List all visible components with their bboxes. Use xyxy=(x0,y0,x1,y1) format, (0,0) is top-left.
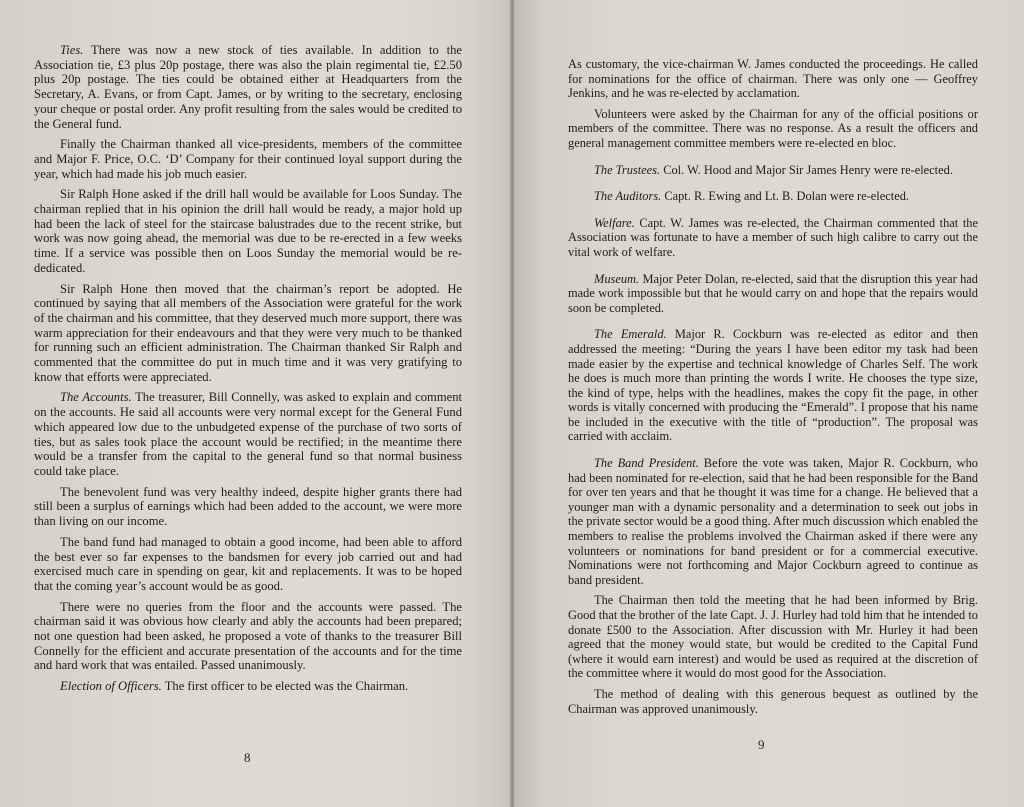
paragraph-text: Col. W. Hood and Major Sir James Henry w… xyxy=(660,163,953,177)
paragraph-volunteers: Volunteers were asked by the Chairman fo… xyxy=(568,107,978,151)
paragraph-text: Capt. R. Ewing and Lt. B. Dolan were re-… xyxy=(661,189,909,203)
paragraph-text: The first officer to be elected was the … xyxy=(162,679,408,693)
right-page-text: As customary, the vice-chairman W. James… xyxy=(568,57,978,722)
section-heading: The Accounts. xyxy=(60,390,132,404)
paragraph-museum: Museum. Major Peter Dolan, re-elected, s… xyxy=(568,272,978,316)
paragraph-ties: Ties. There was now a new stock of ties … xyxy=(34,43,462,131)
section-heading: The Emerald. xyxy=(594,327,667,341)
booklet-spread: Ties. There was now a new stock of ties … xyxy=(0,0,1024,807)
page-number: 8 xyxy=(244,750,251,766)
paragraph-text: As customary, the vice-chairman W. James… xyxy=(568,57,978,100)
section-heading: Ties. xyxy=(60,43,83,57)
section-heading: The Band President. xyxy=(594,456,699,470)
paragraph-text: Finally the Chairman thanked all vice-pr… xyxy=(34,137,462,180)
paragraph-auditors: The Auditors. Capt. R. Ewing and Lt. B. … xyxy=(568,189,978,204)
paragraph-text: There were no queries from the floor and… xyxy=(34,600,462,673)
section-heading: The Trustees. xyxy=(594,163,660,177)
paragraph-election-of-officers: Election of Officers. The first officer … xyxy=(34,679,462,694)
section-heading: Election of Officers. xyxy=(60,679,162,693)
paragraph-accounts: The Accounts. The treasurer, Bill Connel… xyxy=(34,390,462,478)
paragraph-band-fund: The band fund had managed to obtain a go… xyxy=(34,535,462,594)
paragraph-text: The benevolent fund was very healthy ind… xyxy=(34,485,462,528)
section-heading: Museum. xyxy=(594,272,639,286)
section-heading: Welfare. xyxy=(594,216,635,230)
paragraph-text: Before the vote was taken, Major R. Cock… xyxy=(568,456,978,587)
paragraph-report-adopted: Sir Ralph Hone then moved that the chair… xyxy=(34,282,462,385)
paragraph-text: Volunteers were asked by the Chairman fo… xyxy=(568,107,978,150)
book-gutter xyxy=(509,0,515,807)
paragraph-text: Sir Ralph Hone then moved that the chair… xyxy=(34,282,462,384)
page-number: 9 xyxy=(758,737,765,753)
paragraph-welfare: Welfare. Capt. W. James was re-elected, … xyxy=(568,216,978,260)
paragraph-text: Sir Ralph Hone asked if the drill hall w… xyxy=(34,187,462,275)
paragraph-text: The Chairman then told the meeting that … xyxy=(568,593,978,680)
paragraph-text: The method of dealing with this generous… xyxy=(568,687,978,716)
paragraph-trustees: The Trustees. Col. W. Hood and Major Sir… xyxy=(568,163,978,178)
paragraph-drill-hall: Sir Ralph Hone asked if the drill hall w… xyxy=(34,187,462,275)
left-page-text: Ties. There was now a new stock of ties … xyxy=(34,43,462,700)
paragraph-benevolent-fund: The benevolent fund was very healthy ind… xyxy=(34,485,462,529)
right-page: As customary, the vice-chairman W. James… xyxy=(512,0,1024,807)
paragraph-band-president: The Band President. Before the vote was … xyxy=(568,456,978,587)
paragraph-accounts-passed: There were no queries from the floor and… xyxy=(34,600,462,674)
paragraph-bequest-approved: The method of dealing with this generous… xyxy=(568,687,978,716)
section-heading: The Auditors. xyxy=(594,189,661,203)
paragraph-emerald: The Emerald. Major R. Cockburn was re-el… xyxy=(568,327,978,444)
left-page: Ties. There was now a new stock of ties … xyxy=(0,0,512,807)
paragraph-text: Major R. Cockburn was re-elected as edit… xyxy=(568,327,978,443)
paragraph-text: The band fund had managed to obtain a go… xyxy=(34,535,462,593)
paragraph-hurley-donation: The Chairman then told the meeting that … xyxy=(568,593,978,681)
paragraph-chairman-thanks: Finally the Chairman thanked all vice-pr… xyxy=(34,137,462,181)
paragraph-chairman-election: As customary, the vice-chairman W. James… xyxy=(568,57,978,101)
paragraph-text: There was now a new stock of ties availa… xyxy=(34,43,462,131)
